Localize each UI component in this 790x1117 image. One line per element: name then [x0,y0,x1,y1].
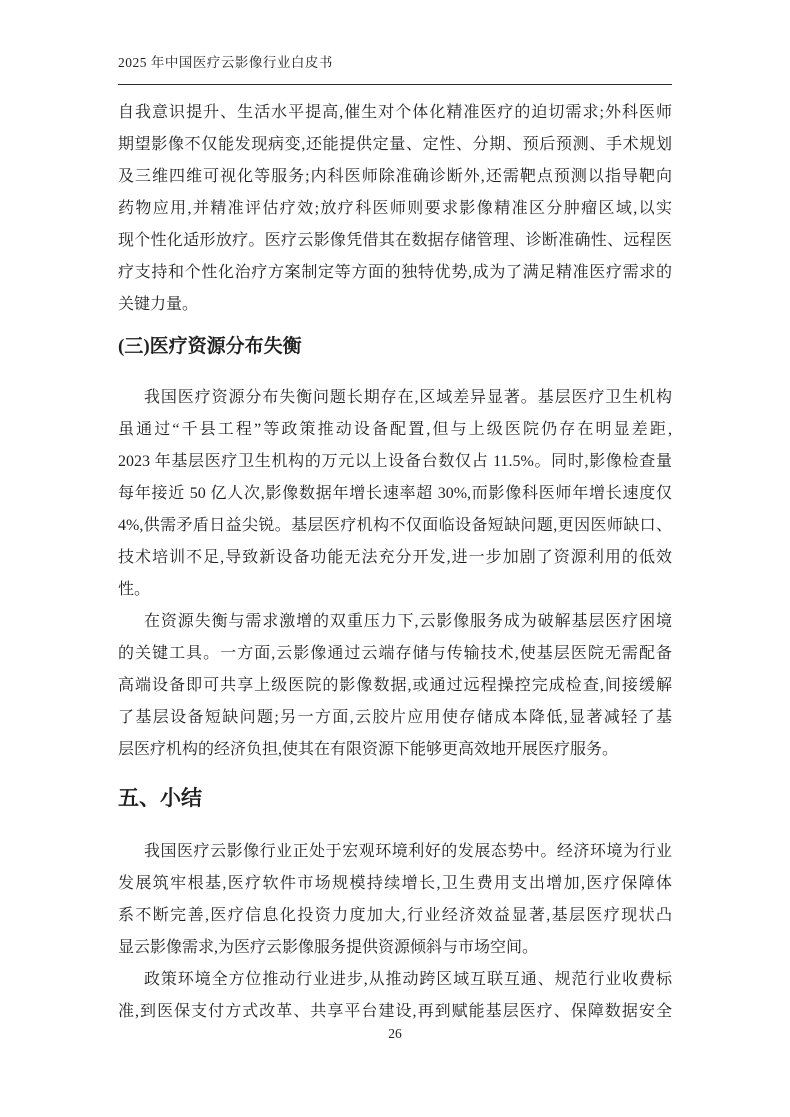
text-line: 我国医疗云影像行业正处于宏观环境利好的发展态势中。经济环境为行业 [118,836,672,868]
paragraph: 自我意识提升、生活水平提高,催生对个体化精准医疗的迫切需求;外科医师期望影像不仅… [118,97,672,321]
paragraph: 我国医疗云影像行业正处于宏观环境利好的发展态势中。经济环境为行业发展筑牢根基,医… [118,836,672,964]
text-line: 的关键工具。一方面,云影像通过云端存储与传输技术,使基层医院无需配备 [118,638,672,670]
text-line: 在资源失衡与需求激增的双重压力下,云影像服务成为破解基层医疗困境 [118,606,672,638]
text-line: 药物应用,并精准评估疗效;放疗科医师则要求影像精准区分肿瘤区域,以实 [118,193,672,225]
text-line: 显云影像需求,为医疗云影像服务提供资源倾斜与市场空间。 [118,932,672,964]
text-line: 现个性化适形放疗。医疗云影像凭借其在数据存储管理、诊断准确性、远程医 [118,225,672,257]
text-line: 政策环境全方位推动行业进步,从推动跨区域互联互通、规范行业收费标 [118,964,672,996]
section-heading: (三)医疗资源分布失衡 [118,331,672,363]
text-line: 虽通过“千县工程”等政策推动设备配置,但与上级医院仍存在明显差距, [118,414,672,446]
text-line: 期望影像不仅能发现病变,还能提供定量、定性、分期、预后预测、手术规划 [118,129,672,161]
paragraph: 政策环境全方位推动行业进步,从推动跨区域互联互通、规范行业收费标准,到医保支付方… [118,964,672,1028]
text-line: 自我意识提升、生活水平提高,催生对个体化精准医疗的迫切需求;外科医师 [118,97,672,129]
paragraph: 我国医疗资源分布失衡问题长期存在,区域差异显著。基层医疗卫生机构虽通过“千县工程… [118,382,672,606]
text-line: 了基层设备短缺问题;另一方面,云胶片应用使存储成本降低,显著减轻了基 [118,702,672,734]
text-line: 每年接近 50 亿人次,影像数据年增长速率超 30%,而影像科医师年增长速度仅 [118,478,672,510]
chapter-heading: 五、小结 [118,780,672,816]
document-page: 2025 年中国医疗云影像行业白皮书 自我意识提升、生活水平提高,催生对个体化精… [0,0,790,1117]
text-line: 准,到医保支付方式改革、共享平台建设,再到赋能基层医疗、保障数据安全 [118,996,672,1028]
text-line: 技术培训不足,导致新设备功能无法充分开发,进一步加剧了资源利用的低效 [118,542,672,574]
text-line: 系不断完善,医疗信息化投资力度加大,行业经济效益显著,基层医疗现状凸 [118,900,672,932]
text-line: 发展筑牢根基,医疗软件市场规模持续增长,卫生费用支出增加,医疗保障体 [118,868,672,900]
text-line: 层医疗机构的经济负担,使其在有限资源下能够更高效地开展医疗服务。 [118,734,672,766]
text-line: 及三维四维可视化等服务;内科医师除准确诊断外,还需靶点预测以指导靶向 [118,161,672,193]
text-line: 高端设备即可共享上级医院的影像数据,或通过远程操控完成检查,间接缓解 [118,670,672,702]
running-header-title: 2025 年中国医疗云影像行业白皮书 [118,55,672,71]
document-content: 自我意识提升、生活水平提高,催生对个体化精准医疗的迫切需求;外科医师期望影像不仅… [118,97,672,1028]
text-line: 疗支持和个性化治疗方案制定等方面的独特优势,成为了满足精准医疗需求的 [118,257,672,289]
text-line: 性。 [118,574,672,606]
header-rule [118,84,672,85]
text-line: 关键力量。 [118,289,672,321]
page-number: 26 [0,1026,790,1042]
text-line: 2023 年基层医疗卫生机构的万元以上设备台数仅占 11.5%。同时,影像检查量 [118,446,672,478]
text-line: 我国医疗资源分布失衡问题长期存在,区域差异显著。基层医疗卫生机构 [118,382,672,414]
text-line: 4%,供需矛盾日益尖锐。基层医疗机构不仅面临设备短缺问题,更因医师缺口、 [118,510,672,542]
paragraph: 在资源失衡与需求激增的双重压力下,云影像服务成为破解基层医疗困境的关键工具。一方… [118,606,672,766]
